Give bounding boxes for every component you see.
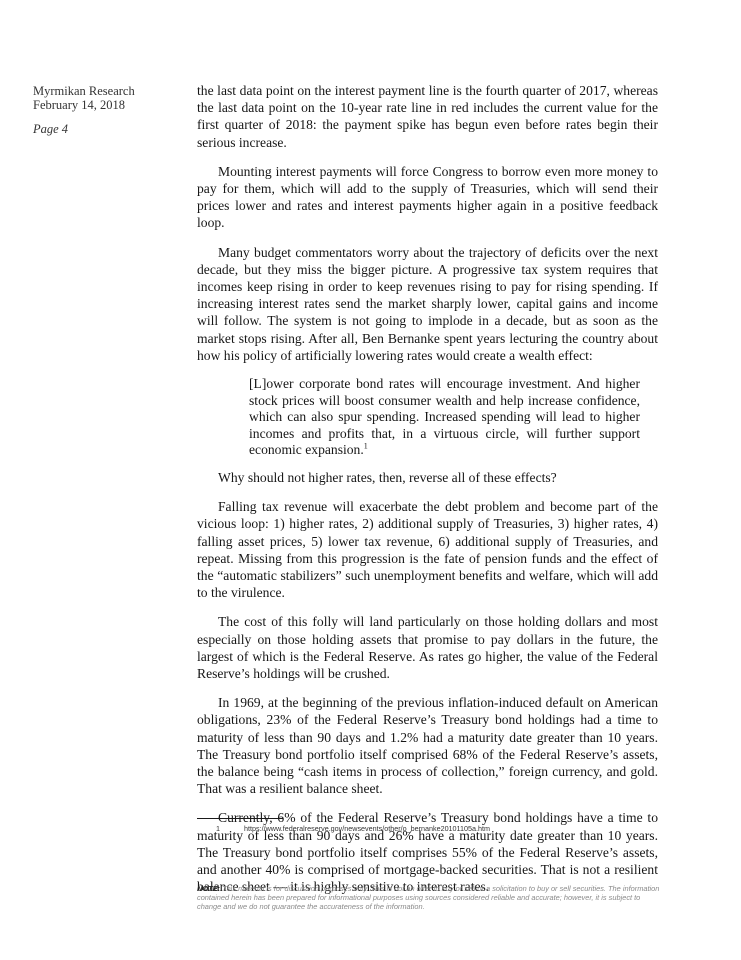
page-number: Page 4: [33, 122, 183, 136]
letter-header: Myrmikan Research February 14, 2018 Page…: [33, 84, 183, 136]
document-page: Myrmikan Research February 14, 2018 Page…: [0, 0, 741, 960]
letter-date: February 14, 2018: [33, 98, 183, 112]
footnote-link[interactable]: https://www.federalreserve.gov/newsevent…: [244, 824, 490, 833]
firm-name: Myrmikan Research: [33, 84, 183, 98]
block-quote: [L]ower corporate bond rates will encour…: [249, 376, 640, 459]
question-paragraph: Why should not higher rates, then, rever…: [197, 469, 658, 486]
footnote: 1https://www.federalreserve.gov/newseven…: [216, 824, 656, 834]
note-text: This material is for discussion purposes…: [197, 884, 659, 911]
paragraph-continued: the last data point on the interest paym…: [197, 82, 658, 151]
footnote-divider: [197, 818, 283, 819]
footnote-reference[interactable]: 1: [364, 442, 368, 451]
quote-text: [L]ower corporate bond rates will encour…: [249, 376, 640, 457]
paragraph: Many budget commentators worry about the…: [197, 244, 658, 364]
disclaimer-note: NOTE: This material is for discussion pu…: [197, 884, 662, 912]
paragraph: The cost of this folly will land particu…: [197, 613, 658, 682]
paragraph: Mounting interest payments will force Co…: [197, 163, 658, 232]
footnote-number: 1: [216, 824, 244, 834]
paragraph: Falling tax revenue will exacerbate the …: [197, 498, 658, 601]
body-text: the last data point on the interest paym…: [197, 82, 658, 907]
note-label: NOTE:: [197, 884, 220, 893]
paragraph: Currently, 6% of the Federal Reserve’s T…: [197, 809, 658, 895]
paragraph: In 1969, at the beginning of the previou…: [197, 694, 658, 797]
